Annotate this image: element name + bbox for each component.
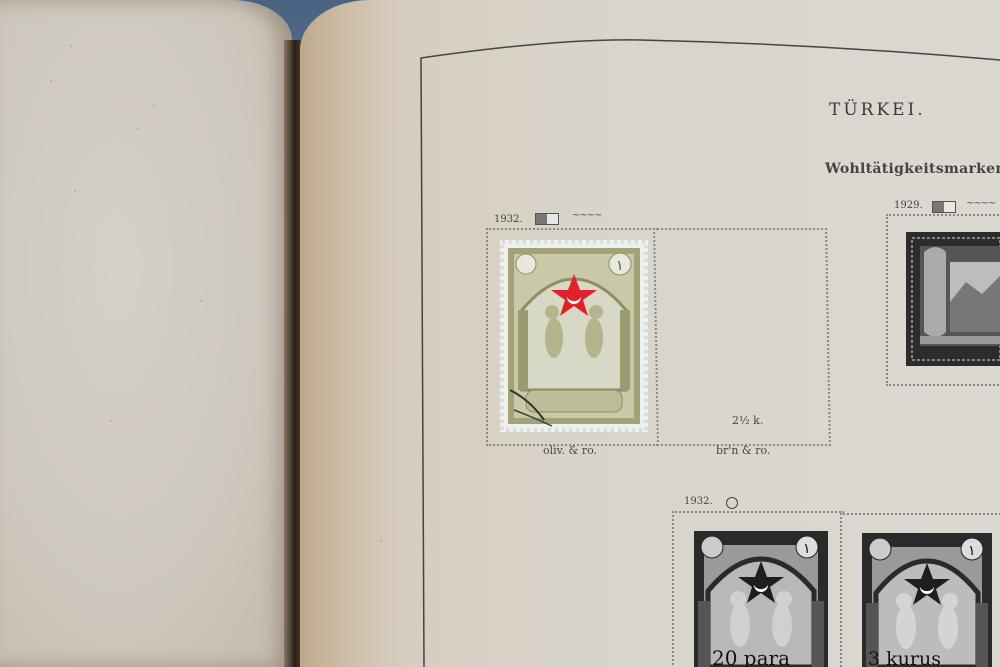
watermark-icon: ~~~~ — [966, 198, 996, 209]
denomination-glyph: ١ — [968, 543, 976, 559]
left-album-page — [0, 0, 292, 667]
stamp-value-label: 2½ k. — [732, 414, 763, 427]
stamp-3-kurus[interactable]: ١ 3 kurus — [862, 533, 992, 667]
section-title: Wohltätigkeitsmarken. — [825, 161, 1000, 177]
page-title: TÜRKEI. — [829, 100, 926, 120]
stamp-20-para[interactable]: ١ 20 para — [694, 531, 828, 667]
perforation-icon — [535, 213, 559, 225]
group-year: 1932. — [494, 214, 523, 225]
perforation-icon — [932, 201, 956, 213]
group-year: 1932. — [684, 496, 713, 507]
stamp-color-label: br'n & ro. — [716, 444, 770, 457]
group-year: 1929. — [894, 200, 923, 211]
stamp-color-label: oliv. & ro. — [543, 444, 597, 457]
denomination-glyph: ١ — [803, 541, 811, 557]
watermark-icon: ~~~~ — [572, 210, 602, 221]
svg-text:١: ١ — [616, 258, 624, 274]
denomination-text: 3 kurus — [868, 648, 941, 667]
circle-symbol-icon — [726, 497, 738, 509]
stamp-olive-red-star[interactable]: ١ — [500, 240, 648, 432]
denomination-text: 20 para — [712, 646, 790, 667]
stamp-1929-black[interactable] — [906, 232, 1000, 366]
